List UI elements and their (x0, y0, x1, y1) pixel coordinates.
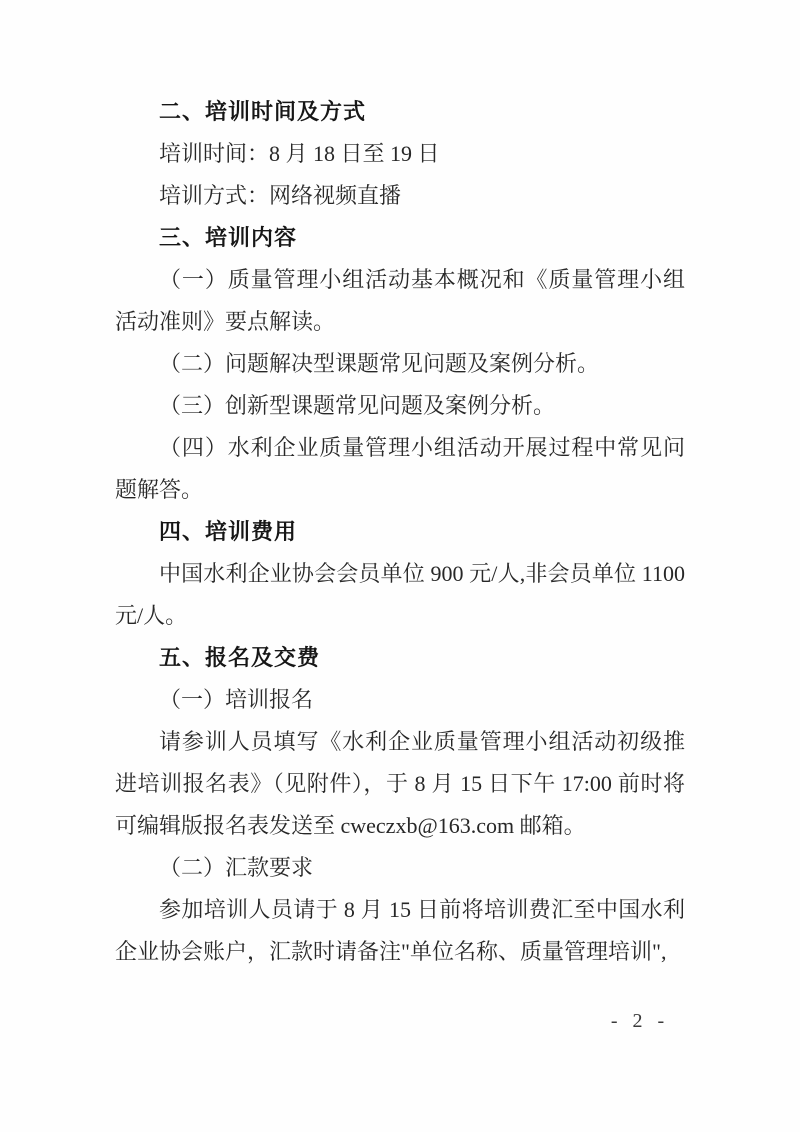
paragraph-content-item-1: （一）质量管理小组活动基本概况和《质量管理小组活动准则》要点解读。 (115, 259, 685, 343)
paragraph-registration-detail: 请参训人员填写《水利企业质量管理小组活动初级推进培训报名表》（见附件），于 8 … (115, 721, 685, 847)
document-page: 二、培训时间及方式 培训时间：8 月 18 日至 19 日 培训方式：网络视频直… (0, 0, 800, 1132)
paragraph-registration-subhead: （一）培训报名 (115, 679, 685, 721)
document-body: 二、培训时间及方式 培训时间：8 月 18 日至 19 日 培训方式：网络视频直… (115, 91, 685, 973)
section-heading-registration-payment: 五、报名及交费 (115, 637, 685, 679)
section-heading-training-content: 三、培训内容 (115, 217, 685, 259)
section-heading-training-fee: 四、培训费用 (115, 511, 685, 553)
paragraph-training-time: 培训时间：8 月 18 日至 19 日 (115, 133, 685, 175)
paragraph-content-item-4: （四）水利企业质量管理小组活动开展过程中常见问题解答。 (115, 427, 685, 511)
section-heading-training-time-method: 二、培训时间及方式 (115, 91, 685, 133)
paragraph-remittance-detail: 参加培训人员请于 8 月 15 日前将培训费汇至中国水利企业协会账户，汇款时请备… (115, 889, 685, 973)
paragraph-fee-detail: 中国水利企业协会会员单位 900 元/人,非会员单位 1100 元/人。 (115, 553, 685, 637)
paragraph-content-item-3: （三）创新型课题常见问题及案例分析。 (115, 385, 685, 427)
paragraph-remittance-subhead: （二）汇款要求 (115, 847, 685, 889)
paragraph-training-method: 培训方式：网络视频直播 (115, 175, 685, 217)
paragraph-content-item-2: （二）问题解决型课题常见问题及案例分析。 (115, 343, 685, 385)
page-number: - 2 - (610, 1010, 670, 1033)
